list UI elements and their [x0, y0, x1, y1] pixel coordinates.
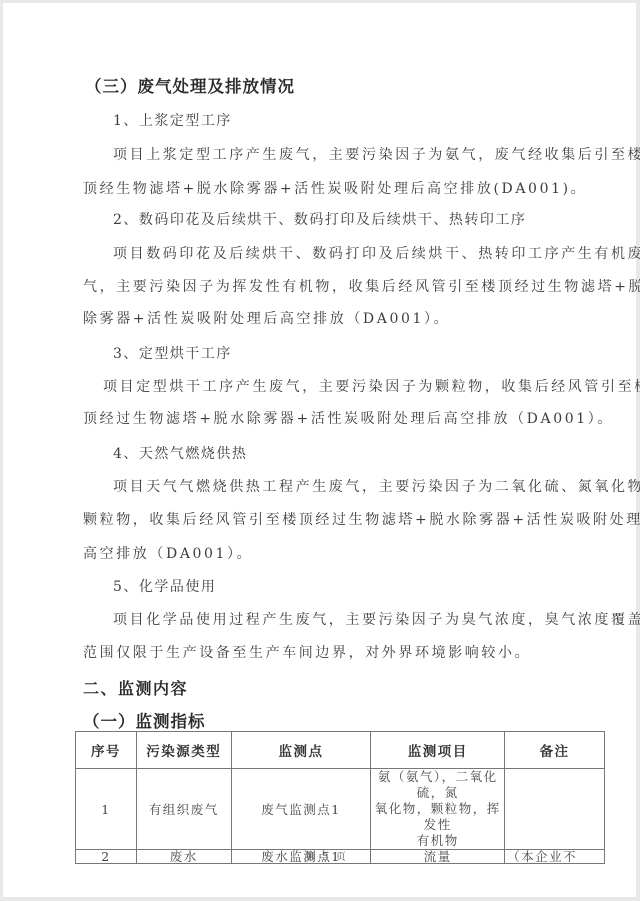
item-1-line-2: 顶经生物滤塔+脱水除雾器+活性炭吸附处理后高空排放(DA001)。	[83, 178, 587, 198]
item-2-line-2: 气，主要污染因子为挥发性有机物，收集后经风管引至楼顶经过生物滤塔+脱水	[83, 276, 640, 296]
header-source-type: 污染源类型	[136, 732, 231, 769]
item-4-line-3: 高空排放（DA001）。	[83, 543, 253, 563]
section-title-monitoring-content: 二、监测内容	[83, 676, 188, 699]
cell-monitoring-point: 废水监测点1	[231, 850, 371, 864]
cell-source-type: 有组织废气	[136, 769, 231, 850]
monitoring-indicators-table: 序号 污染源类型 监测点 监测项目 备注 1 有组织废气 废气监测点1 氨（氨气…	[75, 731, 605, 864]
item-heading-1: 1、上浆定型工序	[113, 110, 232, 130]
document-page: （三）废气处理及排放情况 1、上浆定型工序 项目上浆定型工序产生废气，主要污染因…	[3, 3, 636, 897]
cell-source-type: 废水	[136, 850, 231, 864]
item-3-line-2: 顶经过生物滤塔+脱水除雾器+活性炭吸附处理后高空排放（DA001）。	[83, 408, 614, 428]
cell-remarks	[505, 769, 605, 850]
item-5-line-2: 范围仅限于生产设备至生产车间边界，对外界环境影响较小。	[83, 642, 531, 662]
cell-remarks: （本企业不	[505, 850, 605, 864]
header-remarks: 备注	[505, 732, 605, 769]
item-heading-3: 3、定型烘干工序	[113, 343, 232, 363]
item-2-line-3: 除雾器+活性炭吸附处理后高空排放（DA001）。	[83, 308, 450, 328]
cell-monitoring-point: 废气监测点1	[231, 769, 371, 850]
table-header-row: 序号 污染源类型 监测点 监测项目 备注	[76, 732, 605, 769]
item-heading-4: 4、天然气燃烧供热	[113, 443, 247, 463]
item-4-line-2: 颗粒物，收集后经风管引至楼顶经过生物滤塔+脱水除雾器+活性炭吸附处理后	[83, 509, 640, 529]
cell-monitoring-items: 氨（氨气），二氧化硫，氮 氧化物，颗粒物，挥发性 有机物	[371, 769, 505, 850]
cell-monitoring-items: 流量	[371, 850, 505, 864]
items-line: 氨（氨气），二氧化硫，氮	[373, 769, 502, 801]
item-2-line-1: 项目数码印花及后续烘干、数码打印及后续烘干、热转印工序产生有机废	[113, 243, 640, 263]
header-no: 序号	[76, 732, 137, 769]
item-5-line-1: 项目化学品使用过程产生废气，主要污染因子为臭气浓度，臭气浓度覆盖	[113, 609, 640, 629]
cell-no: 1	[76, 769, 137, 850]
item-1-line-1: 项目上浆定型工序产生废气，主要污染因子为氨气，废气经收集后引至楼	[113, 144, 640, 164]
section-title-exhaust-treatment: （三）废气处理及排放情况	[85, 73, 295, 97]
header-monitoring-point: 监测点	[231, 732, 371, 769]
item-4-line-1: 项目天气气燃烧供热工程产生废气，主要污染因子为二氧化硫、氮氧化物、	[113, 476, 640, 496]
page-number: 第 5 页	[305, 848, 348, 863]
subsection-title-monitoring-indicators: （一）监测指标	[83, 708, 206, 732]
table-row: 1 有组织废气 废气监测点1 氨（氨气），二氧化硫，氮 氧化物，颗粒物，挥发性 …	[76, 769, 605, 850]
item-3-line-1: 项目定型烘干工序产生废气，主要污染因子为颗粒物，收集后经风管引至楼	[103, 376, 640, 396]
cell-no: 2	[76, 850, 137, 864]
item-heading-5: 5、化学品使用	[113, 576, 216, 596]
item-heading-2: 2、数码印花及后续烘干、数码打印及后续烘干、热转印工序	[113, 209, 526, 229]
items-line: 有机物	[373, 833, 502, 849]
header-monitoring-items: 监测项目	[371, 732, 505, 769]
items-line: 氧化物，颗粒物，挥发性	[373, 801, 502, 833]
